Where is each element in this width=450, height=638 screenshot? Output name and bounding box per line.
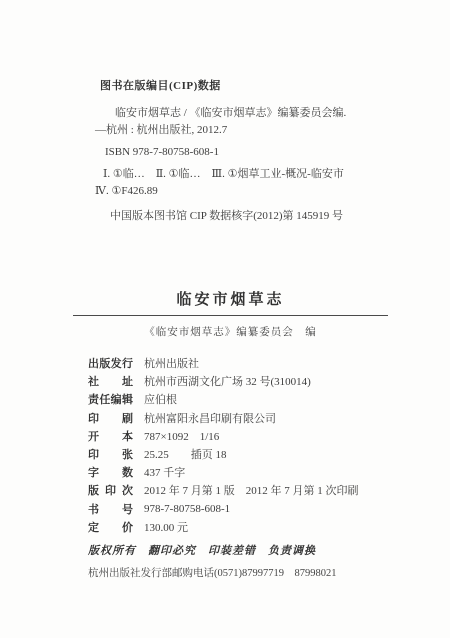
book-copyright-page: 图书在版编目(CIP)数据 临安市烟草志 / 《临安市烟草志》编纂委员会编. —… (0, 0, 450, 638)
row-value: 978-7-80758-608-1 (144, 503, 230, 515)
row-value: 应伯根 (144, 391, 177, 407)
row-value: 130.00 元 (144, 519, 188, 535)
table-row-isbn: 书号 978-7-80758-608-1 (88, 500, 410, 518)
row-value: 杭州富阳永昌印刷有限公司 (144, 410, 276, 426)
table-row-price: 定价 130.00 元 (88, 518, 410, 536)
table-row-edition: 版印次 2012 年 7 月第 1 版 2012 年 7 月第 1 次印刷 (88, 481, 410, 499)
row-label: 责任编辑 (88, 391, 133, 407)
book-title: 临安市烟草志 (73, 288, 388, 309)
cip-classification-line-1: Ⅰ. ①临… Ⅱ. ①临… Ⅲ. ①烟草工业-概况-临安市 (103, 166, 395, 183)
cip-imprint-statement: —杭州 : 杭州出版社, 2012.7 (95, 122, 395, 139)
row-value: 787×1092 1/16 (144, 428, 219, 444)
table-row-address: 社址 杭州市西湖文化广场 32 号(310014) (88, 372, 410, 390)
row-value: 2012 年 7 月第 1 版 2012 年 7 月第 1 次印刷 (144, 482, 359, 498)
cip-registration-number: 中国版本图书馆 CIP 数据核字(2012)第 145919 号 (110, 208, 395, 225)
publication-details: 出版发行 杭州出版社 社址 杭州市西湖文化广场 32 号(310014) 责任编… (88, 354, 410, 536)
table-row-sheets: 印张 25.25 插页 18 (88, 445, 410, 463)
row-label: 开本 (88, 428, 133, 444)
cip-title-statement: 临安市烟草志 / 《临安市烟草志》编纂委员会编. (95, 105, 395, 122)
table-row-printer: 印刷 杭州富阳永昌印刷有限公司 (88, 409, 410, 427)
row-label: 印刷 (88, 410, 133, 426)
table-row-publisher: 出版发行 杭州出版社 (88, 354, 410, 372)
title-block: 临安市烟草志 《临安市烟草志》编纂委员会 编 (73, 288, 388, 339)
footer-block: 版权所有 翻印必究 印装差错 负责调换 杭州出版社发行部邮购电话(0571)87… (88, 542, 410, 580)
title-underline (73, 315, 388, 316)
mail-order-contact: 杭州出版社发行部邮购电话(0571)87997719 87998021 (88, 565, 410, 580)
table-row-wordcount: 字数 437 千字 (88, 463, 410, 481)
row-value: 25.25 插页 18 (144, 446, 227, 462)
cip-header: 图书在版编目(CIP)数据 (100, 78, 395, 95)
row-label: 社址 (88, 373, 133, 389)
row-label: 版印次 (88, 482, 133, 498)
row-label: 印张 (88, 446, 133, 462)
cip-isbn: ISBN 978-7-80758-608-1 (105, 144, 395, 161)
row-value: 杭州市西湖文化广场 32 号(310014) (144, 373, 311, 389)
row-label: 字数 (88, 464, 133, 480)
row-label: 出版发行 (88, 355, 133, 371)
editor-credit: 《临安市烟草志》编纂委员会 编 (73, 324, 388, 339)
row-label: 定价 (88, 519, 133, 535)
cip-classification-line-2: Ⅳ. ①F426.89 (95, 183, 395, 200)
row-value: 杭州出版社 (144, 355, 199, 371)
copyright-notice: 版权所有 翻印必究 印装差错 负责调换 (88, 542, 410, 558)
row-label: 书号 (88, 501, 133, 517)
table-row-editor: 责任编辑 应伯根 (88, 390, 410, 408)
cip-data-block: 图书在版编目(CIP)数据 临安市烟草志 / 《临安市烟草志》编纂委员会编. —… (95, 78, 395, 225)
row-value: 437 千字 (144, 464, 185, 480)
table-row-format: 开本 787×1092 1/16 (88, 427, 410, 445)
